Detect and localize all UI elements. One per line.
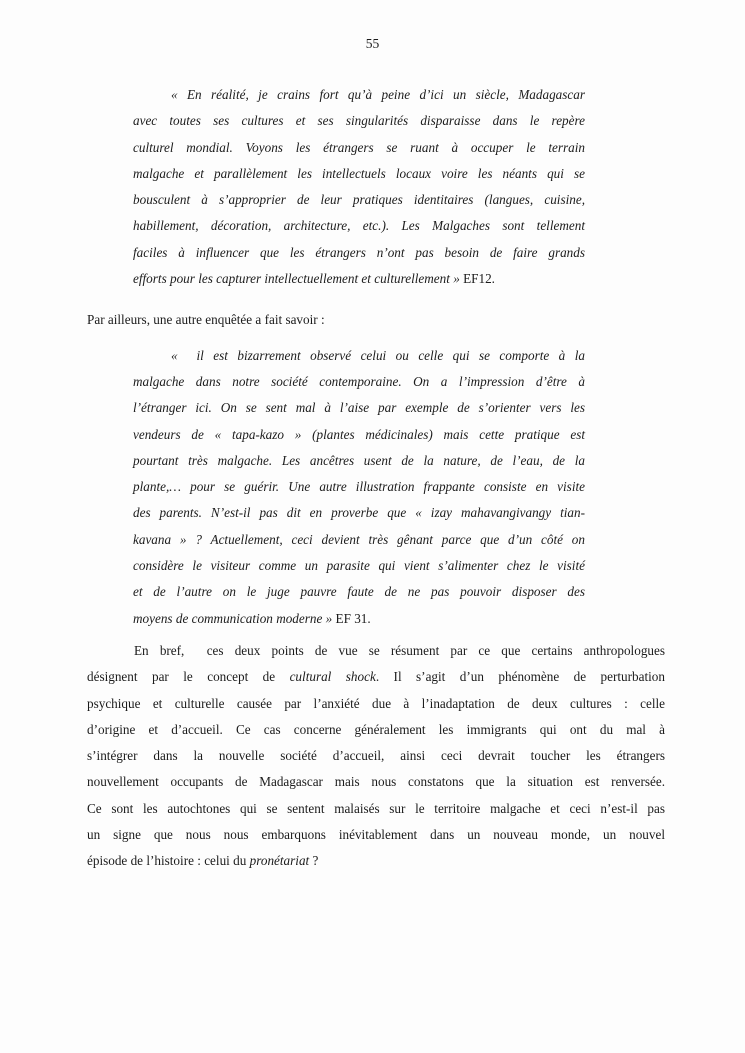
text-segment: d’origine et d’accueil. Ce cas concerne … — [87, 722, 665, 737]
text-line: et de l’autre on le juge pauvre faute de… — [133, 579, 585, 605]
text-line: habillement, décoration, architecture, e… — [133, 213, 585, 239]
text-line: « En réalité, je crains fort qu’à peine … — [133, 82, 585, 108]
intro-line: Par ailleurs, une autre enquêtée a fait … — [87, 307, 665, 333]
text-segment: EF 31. — [336, 611, 371, 626]
text-line: s’intégrer dans la nouvelle société d’ac… — [87, 743, 665, 769]
text-line: pourtant très malgache. Les ancêtres use… — [133, 448, 585, 474]
text-line: En bref, ces deux points de vue se résum… — [87, 638, 665, 664]
text-line: épisode de l’histoire : celui du pronéta… — [87, 848, 665, 874]
italic-text-segment: plante,… pour se guérir. Une autre illus… — [133, 479, 585, 494]
italic-text-segment: kavana » ? Actuellement, ceci devient tr… — [133, 532, 585, 547]
italic-text-segment: l’étranger ici. On se sent mal à l’aise … — [133, 400, 585, 415]
italic-text-segment: efforts pour les capturer intellectuelle… — [133, 271, 463, 286]
italic-text-segment: pourtant très malgache. Les ancêtres use… — [133, 453, 585, 468]
text-segment: . Il s’agit d’un phénomène de perturbati… — [376, 669, 665, 684]
text-line: psychique et culturelle causée par l’anx… — [87, 691, 665, 717]
text-segment: Ce sont les autochtones qui se sentent m… — [87, 801, 665, 816]
text-line: malgache et parallèlement les intellectu… — [133, 161, 585, 187]
text-line: Par ailleurs, une autre enquêtée a fait … — [87, 307, 665, 333]
text-line: plante,… pour se guérir. Une autre illus… — [133, 474, 585, 500]
text-segment: s’intégrer dans la nouvelle société d’ac… — [87, 748, 665, 763]
page-number: 55 — [0, 0, 745, 52]
italic-text-segment: avec toutes ses cultures et ses singular… — [133, 113, 585, 128]
italic-text-segment: et de l’autre on le juge pauvre faute de… — [133, 584, 585, 599]
italic-text-segment: malgache et parallèlement les intellectu… — [133, 166, 585, 181]
document-page: 55 « En réalité, je crains fort qu’à pei… — [0, 0, 745, 1053]
text-line: malgache dans notre société contemporain… — [133, 369, 585, 395]
italic-text-segment: « En réalité, je crains fort qu’à peine … — [171, 87, 585, 102]
text-line: kavana » ? Actuellement, ceci devient tr… — [133, 527, 585, 553]
text-line: efforts pour les capturer intellectuelle… — [133, 266, 585, 292]
text-line: Ce sont les autochtones qui se sentent m… — [87, 796, 665, 822]
italic-text-segment: culturel mondial. Voyons les étrangers s… — [133, 140, 585, 155]
text-line: culturel mondial. Voyons les étrangers s… — [133, 135, 585, 161]
text-segment: ? — [309, 853, 318, 868]
italic-text-segment: faciles à influencer que les étrangers n… — [133, 245, 585, 260]
text-segment: En bref, ces deux points de vue se résum… — [134, 643, 665, 658]
text-line: considère le visiteur comme un parasite … — [133, 553, 585, 579]
text-segment: un signe que nous nous embarquons inévit… — [87, 827, 665, 842]
text-line: nouvellement occupants de Madagascar mai… — [87, 769, 665, 795]
text-line: « il est bizarrement observé celui ou ce… — [133, 343, 585, 369]
italic-text-segment: bousculent à s’approprier de leur pratiq… — [133, 192, 585, 207]
text-segment: Par ailleurs, une autre enquêtée a fait … — [87, 312, 325, 327]
italic-text-segment: « il est bizarrement observé celui ou ce… — [171, 348, 585, 363]
text-line: l’étranger ici. On se sent mal à l’aise … — [133, 395, 585, 421]
italic-text-segment: considère le visiteur comme un parasite … — [133, 558, 585, 573]
italic-text-segment: vendeurs de « tapa-kazo » (plantes médic… — [133, 427, 585, 442]
italic-text-segment: pronétariat — [250, 853, 310, 868]
document-body: « En réalité, je crains fort qu’à peine … — [87, 82, 665, 875]
text-line: faciles à influencer que les étrangers n… — [133, 240, 585, 266]
text-line: un signe que nous nous embarquons inévit… — [87, 822, 665, 848]
text-segment: épisode de l’histoire : celui du — [87, 853, 250, 868]
italic-text-segment: moyens de communication moderne » — [133, 611, 336, 626]
italic-text-segment: malgache dans notre société contemporain… — [133, 374, 585, 389]
text-segment: nouvellement occupants de Madagascar mai… — [87, 774, 665, 789]
text-segment: EF12. — [463, 271, 495, 286]
quote-ef31: « il est bizarrement observé celui ou ce… — [133, 343, 585, 632]
text-line: des parents. N’est-il pas dit en proverb… — [133, 500, 585, 526]
text-line: désignent par le concept de cultural sho… — [87, 664, 665, 690]
text-segment: désignent par le concept de — [87, 669, 290, 684]
text-line: vendeurs de « tapa-kazo » (plantes médic… — [133, 422, 585, 448]
closing-paragraph: En bref, ces deux points de vue se résum… — [87, 638, 665, 875]
italic-text-segment: habillement, décoration, architecture, e… — [133, 218, 585, 233]
quote-ef12: « En réalité, je crains fort qu’à peine … — [133, 82, 585, 292]
text-segment: psychique et culturelle causée par l’anx… — [87, 696, 665, 711]
italic-text-segment: des parents. N’est-il pas dit en proverb… — [133, 505, 585, 520]
text-line: bousculent à s’approprier de leur pratiq… — [133, 187, 585, 213]
italic-text-segment: cultural shock — [290, 669, 376, 684]
text-line: moyens de communication moderne » EF 31. — [133, 606, 585, 632]
text-line: avec toutes ses cultures et ses singular… — [133, 108, 585, 134]
text-line: d’origine et d’accueil. Ce cas concerne … — [87, 717, 665, 743]
